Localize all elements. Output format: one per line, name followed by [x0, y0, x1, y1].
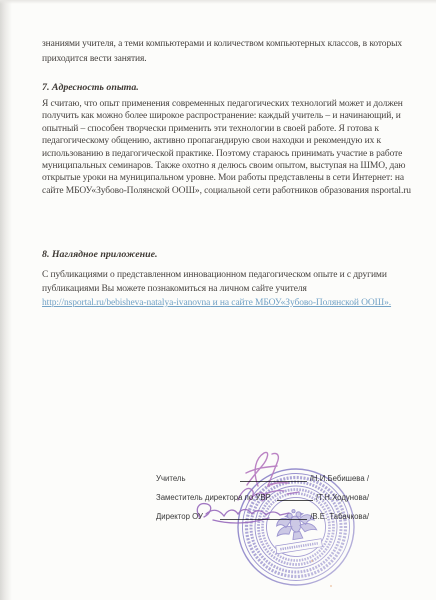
scan-left-edge-shadow [0, 0, 12, 600]
publications-link-line: http://nsportal.ru/bebisheva-natalya-iva… [42, 296, 422, 310]
signature-name-teacher: /Н.И.Бебишева / [310, 474, 369, 483]
signature-line-teacher [240, 479, 307, 482]
signature-name-director: /В.Е. Табачкова/ [310, 512, 369, 521]
nsportal-teacher-site-link[interactable]: http://nsportal.ru/bebisheva-natalya-iva… [42, 298, 210, 308]
section-7-paragraph: Я считаю, что опыт применения современны… [42, 98, 422, 197]
signature-line-deputy-director [277, 498, 313, 501]
section-8-paragraph: С публикациями о представленном инноваци… [42, 268, 422, 310]
signature-line-director [220, 517, 307, 520]
signature-role-director: Директор ОУ [156, 512, 220, 521]
intro-paragraph: знаниями учителя, а теми компьютерами и … [42, 37, 422, 67]
scan-speck [330, 585, 332, 587]
signature-row-deputy-director: Заместитель директора по УВР /Т.Н.Ходуно… [156, 490, 369, 502]
signature-role-deputy-director: Заместитель директора по УВР [156, 493, 277, 502]
section-7-heading: 7. Адресность опыта. [42, 82, 139, 93]
scan-top-edge-shadow [0, 0, 436, 4]
signature-row-teacher: Учитель /Н.И.Бебишева / [156, 471, 369, 483]
signature-role-teacher: Учитель [156, 474, 240, 483]
school-site-link-text[interactable]: и на сайте МБОУ«Зубово-Полянской ООШ». [210, 298, 391, 308]
scan-speck [311, 560, 313, 562]
section-8-heading: 8. Наглядное приложение. [42, 249, 158, 260]
signature-row-director: Директор ОУ /В.Е. Табачкова/ [156, 509, 369, 521]
scanned-document-page: { "document": { "intro_paragraph": "знан… [0, 0, 436, 600]
section-8-body-text: С публикациями о представленном инноваци… [42, 270, 387, 294]
signature-name-deputy-director: /Т.Н.Ходунова/ [316, 493, 369, 502]
